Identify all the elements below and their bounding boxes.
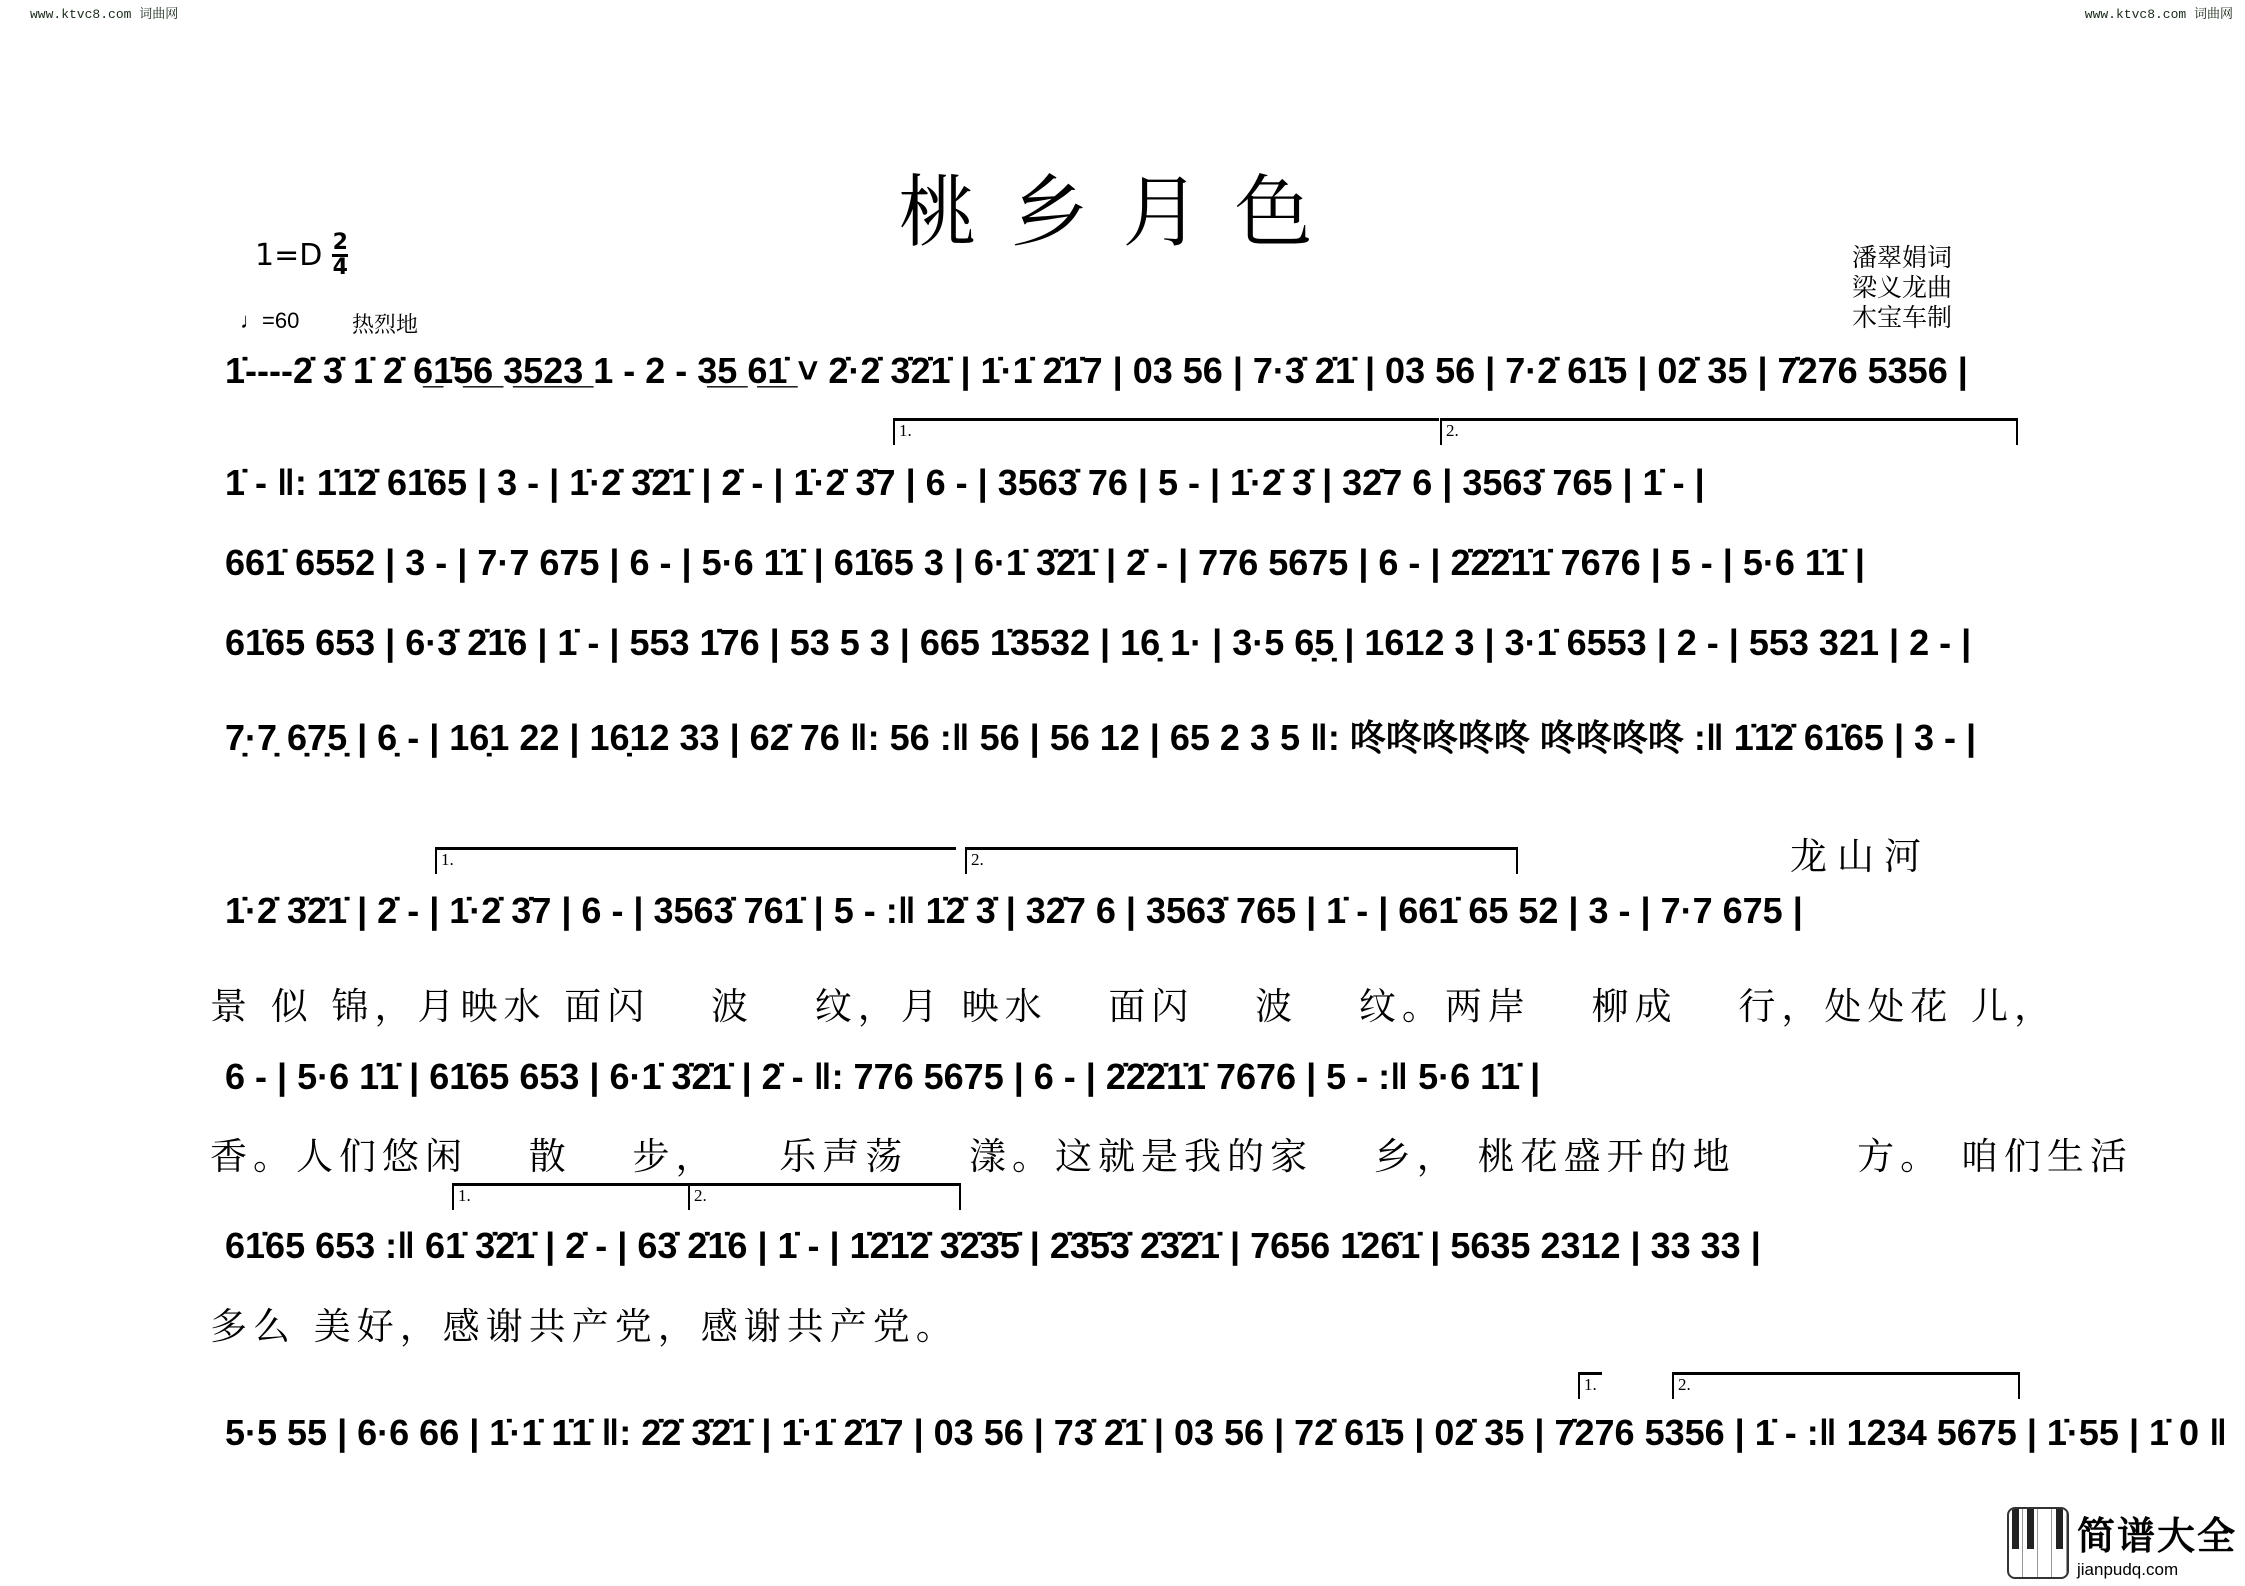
staff-line-9: 5·5 55 | 6·6 66 | 1̇·1̇ 1̇1̇ ‖: 2̇2̇ 3̇2… bbox=[225, 1412, 2015, 1454]
volta-second-4: 2. bbox=[1672, 1372, 2020, 1399]
arranger: 木宝车制 bbox=[1852, 303, 1952, 333]
staff-line-6: 1̇·2̇ 3̇2̇1̇ | 2̇ - | 1̇·2̇ 3̇7 | 6 - | … bbox=[225, 890, 2015, 932]
volta-second-2: 2. bbox=[965, 847, 1518, 874]
piano-icon bbox=[2007, 1507, 2069, 1579]
staff-line-4: 61̇65 653 | 6·3̇ 2̇1̇6 | 1̇ - | 553 1̇76… bbox=[225, 622, 2015, 664]
staff-line-7: 6 - | 5·6 1̇1̇ | 61̇65 653 | 6·1̇ 3̇2̇1̇… bbox=[225, 1056, 2015, 1098]
key-signature: 1=D 2 4 bbox=[255, 232, 348, 279]
volta-second-1: 2. bbox=[1440, 418, 2018, 445]
watermark-left: www.ktvc8.com 词曲网 bbox=[30, 3, 178, 22]
volta-first-2: 1. bbox=[435, 847, 956, 874]
staff-line-3: 661̇ 6552 | 3 - | 7·7 675 | 6 - | 5·6 1̇… bbox=[225, 542, 2015, 584]
volta-first-4: 1. bbox=[1578, 1372, 1602, 1399]
tempo-marking: ♩=60 bbox=[240, 308, 299, 334]
volta-first-3: 1. bbox=[452, 1183, 688, 1210]
staff-line-1: 1̇----2̇ 3̇ 1̇ 2̇ 6̲1̇5̲6̲ 3̲5̲2̲3̲ 1 - … bbox=[225, 350, 2015, 392]
composer: 梁义龙曲 bbox=[1852, 273, 1952, 303]
credits: 潘翠娟词 梁义龙曲 木宝车制 bbox=[1852, 243, 1952, 333]
expression-marking: 热烈地 bbox=[352, 308, 418, 339]
place-name: 龙山河 bbox=[1790, 826, 1931, 880]
watermark-right: www.ktvc8.com 词曲网 bbox=[2085, 3, 2233, 22]
site-logo[interactable]: 简谱大全 jianpudq.com bbox=[2007, 1505, 2237, 1580]
lyricist: 潘翠娟词 bbox=[1852, 243, 1952, 273]
volta-second-3: 2. bbox=[688, 1183, 961, 1210]
lyrics-line-6: 景 似 锦，月映水 面闪 波 纹，月 映水 面闪 波 纹。两岸 柳成 行，处处花… bbox=[210, 976, 2020, 1030]
staff-line-2: 1̇ - ‖: 1̇1̇2̇ 61̇65 | 3 - | 1̇·2̇ 3̇2̇1… bbox=[225, 462, 2015, 504]
staff-line-5: 7̣·7̣ 6̣7̣5̣ | 6̣ - | 16̣1 22 | 16̣12 33… bbox=[225, 710, 2015, 761]
logo-url: jianpudq.com bbox=[2077, 1560, 2237, 1580]
time-signature: 2 4 bbox=[332, 232, 348, 279]
key-label: 1=D bbox=[255, 238, 322, 273]
lyrics-line-8: 多么 美好，感谢共产党，感谢共产党。 bbox=[210, 1296, 2020, 1350]
logo-name: 简谱大全 bbox=[2077, 1505, 2237, 1560]
staff-line-8: 61̇65 653 :‖ 61̇ 3̇2̇1̇ | 2̇ - | 63̇ 2̇1… bbox=[225, 1225, 2015, 1267]
lyrics-line-7: 香。人们悠闲 散 步， 乐声荡 漾。这就是我的家 乡， 桃花盛开的地 方。 咱们… bbox=[210, 1126, 2020, 1180]
volta-first-1: 1. bbox=[893, 418, 1439, 445]
